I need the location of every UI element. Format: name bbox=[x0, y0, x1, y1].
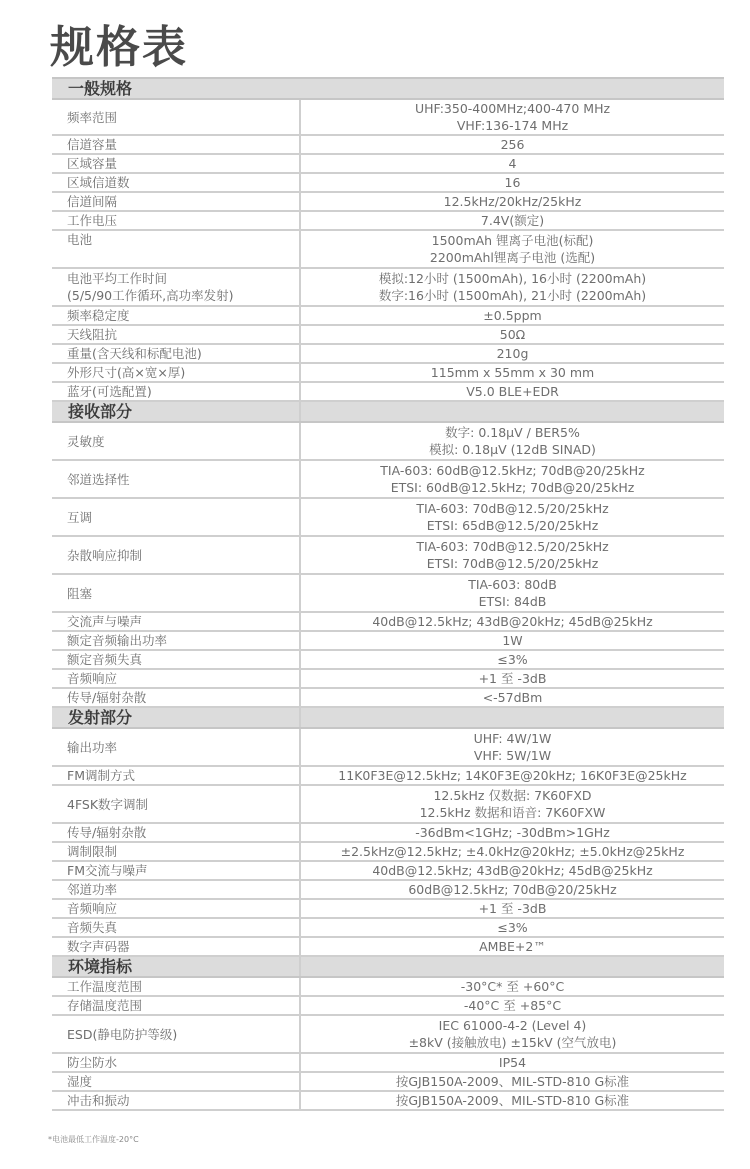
spec-value: 按GJB150A-2009、MIL-STD-810 G标准 bbox=[300, 1072, 724, 1091]
spec-row: 交流声与噪声40dB@12.5kHz; 43dB@20kHz; 45dB@25k… bbox=[52, 612, 724, 631]
spec-label-line: 信道间隔 bbox=[67, 193, 299, 210]
spec-label: 冲击和振动 bbox=[52, 1091, 300, 1110]
spec-value-line: 11K0F3E@12.5kHz; 14K0F3E@20kHz; 16K0F3E@… bbox=[301, 767, 724, 784]
spec-row: 信道容量256 bbox=[52, 135, 724, 154]
spec-value: -40°C 至 +85°C bbox=[300, 996, 724, 1015]
spec-label: 信道容量 bbox=[52, 135, 300, 154]
spec-label: 频率范围 bbox=[52, 99, 300, 135]
spec-value: 40dB@12.5kHz; 43dB@20kHz; 45dB@25kHz bbox=[300, 612, 724, 631]
spec-value-line: AMBE+2™ bbox=[301, 938, 724, 955]
spec-row: 互调TIA-603: 70dB@12.5/20/25kHzETSI: 65dB@… bbox=[52, 498, 724, 536]
spec-label-line: 电池 bbox=[67, 231, 299, 248]
spec-label: ESD(静电防护等级) bbox=[52, 1015, 300, 1053]
spec-value-line: ±2.5kHz@12.5kHz; ±4.0kHz@20kHz; ±5.0kHz@… bbox=[301, 843, 724, 860]
spec-value-line: 40dB@12.5kHz; 43dB@20kHz; 45dB@25kHz bbox=[301, 613, 724, 630]
spec-value: 11K0F3E@12.5kHz; 14K0F3E@20kHz; 16K0F3E@… bbox=[300, 766, 724, 785]
spec-row: ESD(静电防护等级)IEC 61000-4-2 (Level 4)±8kV (… bbox=[52, 1015, 724, 1053]
spec-value-line: IEC 61000-4-2 (Level 4) bbox=[301, 1017, 724, 1034]
spec-label: 区域信道数 bbox=[52, 173, 300, 192]
spec-label-line: 邻道功率 bbox=[67, 881, 299, 898]
spec-value: IP54 bbox=[300, 1053, 724, 1072]
spec-label: 音频响应 bbox=[52, 899, 300, 918]
spec-label-line: 4FSK数字调制 bbox=[67, 796, 299, 813]
spec-label: 杂散响应抑制 bbox=[52, 536, 300, 574]
footnote: *电池最低工作温度-20°C bbox=[48, 1134, 139, 1145]
spec-value-line: VHF:136-174 MHz bbox=[301, 117, 724, 134]
spec-value-line: 12.5kHz/20kHz/25kHz bbox=[301, 193, 724, 210]
spec-row: 区域容量4 bbox=[52, 154, 724, 173]
spec-label: 音频响应 bbox=[52, 669, 300, 688]
spec-value-line: TIA-603: 80dB bbox=[301, 576, 724, 593]
spec-row: 额定音频失真≤3% bbox=[52, 650, 724, 669]
spec-label-line: 信道容量 bbox=[67, 136, 299, 153]
spec-label-line: ESD(静电防护等级) bbox=[67, 1026, 299, 1043]
spec-label: 调制限制 bbox=[52, 842, 300, 861]
spec-label-line: 工作电压 bbox=[67, 212, 299, 229]
spec-value-line: 7.4V(额定) bbox=[301, 212, 724, 229]
spec-value-line: -36dBm<1GHz; -30dBm>1GHz bbox=[301, 824, 724, 841]
spec-value-line: TIA-603: 70dB@12.5/20/25kHz bbox=[301, 538, 724, 555]
spec-label: 额定音频失真 bbox=[52, 650, 300, 669]
spec-row: 音频响应+1 至 -3dB bbox=[52, 669, 724, 688]
spec-label: 电池平均工作时间(5/5/90工作循环,高功率发射) bbox=[52, 268, 300, 306]
spec-value-line: ETSI: 70dB@12.5/20/25kHz bbox=[301, 555, 724, 572]
spec-label-line: 区域信道数 bbox=[67, 174, 299, 191]
spec-value-line: +1 至 -3dB bbox=[301, 900, 724, 917]
spec-label-line: 传导/辐射杂散 bbox=[67, 824, 299, 841]
page-title: 规格表 bbox=[50, 22, 188, 74]
spec-value: 115mm x 55mm x 30 mm bbox=[300, 363, 724, 382]
spec-label-line: 灵敏度 bbox=[67, 433, 299, 450]
spec-value: -30°C* 至 +60°C bbox=[300, 977, 724, 996]
spec-label-line: FM调制方式 bbox=[67, 767, 299, 784]
spec-label: 蓝牙(可选配置) bbox=[52, 382, 300, 401]
spec-row: 外形尺寸(高×宽×厚)115mm x 55mm x 30 mm bbox=[52, 363, 724, 382]
spec-label: 工作温度范围 bbox=[52, 977, 300, 996]
spec-value-line: 12.5kHz 仅数据: 7K60FXD bbox=[301, 787, 724, 804]
spec-value: 7.4V(额定) bbox=[300, 211, 724, 230]
spec-row: 频率稳定度±0.5ppm bbox=[52, 306, 724, 325]
spec-value-line: 模拟:12小时 (1500mAh), 16小时 (2200mAh) bbox=[301, 270, 724, 287]
spec-label-line: 交流声与噪声 bbox=[67, 613, 299, 630]
spec-label-line: FM交流与噪声 bbox=[67, 862, 299, 879]
spec-label: 信道间隔 bbox=[52, 192, 300, 211]
section-title: 一般规格 bbox=[52, 78, 300, 99]
spec-value: ±2.5kHz@12.5kHz; ±4.0kHz@20kHz; ±5.0kHz@… bbox=[300, 842, 724, 861]
spec-label-line: 阻塞 bbox=[67, 585, 299, 602]
spec-row: 区域信道数16 bbox=[52, 173, 724, 192]
spec-label-line: 额定音频输出功率 bbox=[67, 632, 299, 649]
spec-label-line: 冲击和振动 bbox=[67, 1092, 299, 1109]
spec-value: 4 bbox=[300, 154, 724, 173]
spec-value: 模拟:12小时 (1500mAh), 16小时 (2200mAh)数字:16小时… bbox=[300, 268, 724, 306]
spec-row: 信道间隔12.5kHz/20kHz/25kHz bbox=[52, 192, 724, 211]
spec-value-line: UHF:350-400MHz;400-470 MHz bbox=[301, 100, 724, 117]
section-header: 环境指标 bbox=[52, 956, 724, 977]
spec-value-line: -40°C 至 +85°C bbox=[301, 997, 724, 1014]
spec-row: 4FSK数字调制12.5kHz 仅数据: 7K60FXD12.5kHz 数据和语… bbox=[52, 785, 724, 823]
spec-value: UHF: 4W/1WVHF: 5W/1W bbox=[300, 728, 724, 766]
spec-label: FM交流与噪声 bbox=[52, 861, 300, 880]
spec-label-line: (5/5/90工作循环,高功率发射) bbox=[67, 287, 299, 304]
spec-value-line: ±0.5ppm bbox=[301, 307, 724, 324]
section-header-blank bbox=[300, 707, 724, 728]
spec-row: 额定音频输出功率1W bbox=[52, 631, 724, 650]
spec-row: 输出功率UHF: 4W/1WVHF: 5W/1W bbox=[52, 728, 724, 766]
spec-value-line: 16 bbox=[301, 174, 724, 191]
spec-value: 210g bbox=[300, 344, 724, 363]
spec-row: 传导/辐射杂散<-57dBm bbox=[52, 688, 724, 707]
spec-row: 电池平均工作时间(5/5/90工作循环,高功率发射)模拟:12小时 (1500m… bbox=[52, 268, 724, 306]
spec-row: 传导/辐射杂散-36dBm<1GHz; -30dBm>1GHz bbox=[52, 823, 724, 842]
spec-row: 重量(含天线和标配电池)210g bbox=[52, 344, 724, 363]
spec-label: 阻塞 bbox=[52, 574, 300, 612]
spec-label: 频率稳定度 bbox=[52, 306, 300, 325]
spec-value-line: TIA-603: 60dB@12.5kHz; 70dB@20/25kHz bbox=[301, 462, 724, 479]
spec-value: TIA-603: 70dB@12.5/20/25kHzETSI: 70dB@12… bbox=[300, 536, 724, 574]
spec-table: 一般规格频率范围UHF:350-400MHz;400-470 MHzVHF:13… bbox=[52, 77, 724, 1111]
spec-row: 天线阻抗50Ω bbox=[52, 325, 724, 344]
spec-value: AMBE+2™ bbox=[300, 937, 724, 956]
spec-value-line: ≤3% bbox=[301, 651, 724, 668]
spec-value-line: 数字: 0.18μV / BER5% bbox=[301, 424, 724, 441]
spec-value: <-57dBm bbox=[300, 688, 724, 707]
spec-value-line: 按GJB150A-2009、MIL-STD-810 G标准 bbox=[301, 1073, 724, 1090]
section-header: 发射部分 bbox=[52, 707, 724, 728]
spec-label: 传导/辐射杂散 bbox=[52, 688, 300, 707]
spec-label-line: 额定音频失真 bbox=[67, 651, 299, 668]
spec-label: 数字声码器 bbox=[52, 937, 300, 956]
spec-label-line: 音频响应 bbox=[67, 900, 299, 917]
spec-value: UHF:350-400MHz;400-470 MHzVHF:136-174 MH… bbox=[300, 99, 724, 135]
spec-value-line: ETSI: 60dB@12.5kHz; 70dB@20/25kHz bbox=[301, 479, 724, 496]
spec-label: 音频失真 bbox=[52, 918, 300, 937]
spec-value: ≤3% bbox=[300, 650, 724, 669]
spec-value: IEC 61000-4-2 (Level 4)±8kV (接触放电) ±15kV… bbox=[300, 1015, 724, 1053]
spec-value-line: +1 至 -3dB bbox=[301, 670, 724, 687]
spec-value-line: 4 bbox=[301, 155, 724, 172]
spec-value-line: UHF: 4W/1W bbox=[301, 730, 724, 747]
spec-row: 音频响应+1 至 -3dB bbox=[52, 899, 724, 918]
spec-value: +1 至 -3dB bbox=[300, 899, 724, 918]
spec-value: 数字: 0.18μV / BER5%模拟: 0.18μV (12dB SINAD… bbox=[300, 422, 724, 460]
spec-value-line: 50Ω bbox=[301, 326, 724, 343]
spec-row: 音频失真≤3% bbox=[52, 918, 724, 937]
spec-label-line: 外形尺寸(高×宽×厚) bbox=[67, 364, 299, 381]
spec-value: 256 bbox=[300, 135, 724, 154]
spec-row: 频率范围UHF:350-400MHz;400-470 MHzVHF:136-17… bbox=[52, 99, 724, 135]
spec-value-line: IP54 bbox=[301, 1054, 724, 1071]
spec-row: 邻道功率60dB@12.5kHz; 70dB@20/25kHz bbox=[52, 880, 724, 899]
spec-label-line: 电池平均工作时间 bbox=[67, 270, 299, 287]
spec-row: 灵敏度数字: 0.18μV / BER5%模拟: 0.18μV (12dB SI… bbox=[52, 422, 724, 460]
spec-label-line: 频率稳定度 bbox=[67, 307, 299, 324]
spec-value: 12.5kHz/20kHz/25kHz bbox=[300, 192, 724, 211]
spec-label-line: 调制限制 bbox=[67, 843, 299, 860]
spec-value-line: <-57dBm bbox=[301, 689, 724, 706]
spec-label-line: 邻道选择性 bbox=[67, 471, 299, 488]
spec-row: 阻塞TIA-603: 80dBETSI: 84dB bbox=[52, 574, 724, 612]
spec-value-line: 数字:16小时 (1500mAh), 21小时 (2200mAh) bbox=[301, 287, 724, 304]
spec-value-line: ETSI: 84dB bbox=[301, 593, 724, 610]
spec-label: 输出功率 bbox=[52, 728, 300, 766]
spec-value-line: ±8kV (接触放电) ±15kV (空气放电) bbox=[301, 1034, 724, 1051]
spec-label: 传导/辐射杂散 bbox=[52, 823, 300, 842]
spec-value-line: 1W bbox=[301, 632, 724, 649]
spec-value-line: 模拟: 0.18μV (12dB SINAD) bbox=[301, 441, 724, 458]
spec-value: 12.5kHz 仅数据: 7K60FXD12.5kHz 数据和语音: 7K60F… bbox=[300, 785, 724, 823]
spec-row: 冲击和振动按GJB150A-2009、MIL-STD-810 G标准 bbox=[52, 1091, 724, 1110]
spec-row: 工作电压7.4V(额定) bbox=[52, 211, 724, 230]
spec-row: 存储温度范围-40°C 至 +85°C bbox=[52, 996, 724, 1015]
spec-value: 1500mAh 锂离子电池(标配)2200mAhl锂离子电池 (选配) bbox=[300, 230, 724, 268]
section-header-blank bbox=[300, 401, 724, 422]
spec-label: 重量(含天线和标配电池) bbox=[52, 344, 300, 363]
section-header: 一般规格 bbox=[52, 78, 724, 99]
spec-value-line: 2200mAhl锂离子电池 (选配) bbox=[301, 249, 724, 266]
spec-label-line: 频率范围 bbox=[67, 109, 299, 126]
spec-value-line: 210g bbox=[301, 345, 724, 362]
spec-label-line: 互调 bbox=[67, 509, 299, 526]
spec-value: 60dB@12.5kHz; 70dB@20/25kHz bbox=[300, 880, 724, 899]
spec-value: ≤3% bbox=[300, 918, 724, 937]
spec-value-line: 256 bbox=[301, 136, 724, 153]
spec-label: 工作电压 bbox=[52, 211, 300, 230]
spec-value-line: ≤3% bbox=[301, 919, 724, 936]
spec-label: 额定音频输出功率 bbox=[52, 631, 300, 650]
spec-value: V5.0 BLE+EDR bbox=[300, 382, 724, 401]
spec-value: +1 至 -3dB bbox=[300, 669, 724, 688]
spec-value: TIA-603: 80dBETSI: 84dB bbox=[300, 574, 724, 612]
spec-row: 数字声码器AMBE+2™ bbox=[52, 937, 724, 956]
spec-row: 电池1500mAh 锂离子电池(标配)2200mAhl锂离子电池 (选配) bbox=[52, 230, 724, 268]
spec-row: 邻道选择性TIA-603: 60dB@12.5kHz; 70dB@20/25kH… bbox=[52, 460, 724, 498]
spec-label: 灵敏度 bbox=[52, 422, 300, 460]
spec-value: 16 bbox=[300, 173, 724, 192]
spec-row: 防尘防水IP54 bbox=[52, 1053, 724, 1072]
spec-row: 蓝牙(可选配置)V5.0 BLE+EDR bbox=[52, 382, 724, 401]
spec-value-line: 按GJB150A-2009、MIL-STD-810 G标准 bbox=[301, 1092, 724, 1109]
spec-row: 湿度按GJB150A-2009、MIL-STD-810 G标准 bbox=[52, 1072, 724, 1091]
spec-value-line: 115mm x 55mm x 30 mm bbox=[301, 364, 724, 381]
spec-value: -36dBm<1GHz; -30dBm>1GHz bbox=[300, 823, 724, 842]
spec-value-line: 40dB@12.5kHz; 43dB@20kHz; 45dB@25kHz bbox=[301, 862, 724, 879]
spec-value-line: V5.0 BLE+EDR bbox=[301, 383, 724, 400]
spec-label-line: 重量(含天线和标配电池) bbox=[67, 345, 299, 362]
spec-label-line: 输出功率 bbox=[67, 739, 299, 756]
spec-label-line: 数字声码器 bbox=[67, 938, 299, 955]
spec-label-line: 工作温度范围 bbox=[67, 978, 299, 995]
section-header-blank bbox=[300, 956, 724, 977]
spec-label: 电池 bbox=[52, 230, 300, 268]
spec-label: 湿度 bbox=[52, 1072, 300, 1091]
spec-label: 天线阻抗 bbox=[52, 325, 300, 344]
spec-value: 按GJB150A-2009、MIL-STD-810 G标准 bbox=[300, 1091, 724, 1110]
spec-label: 防尘防水 bbox=[52, 1053, 300, 1072]
spec-label-line: 音频响应 bbox=[67, 670, 299, 687]
spec-label-line: 天线阻抗 bbox=[67, 326, 299, 343]
spec-label-line: 区域容量 bbox=[67, 155, 299, 172]
spec-row: 杂散响应抑制TIA-603: 70dB@12.5/20/25kHzETSI: 7… bbox=[52, 536, 724, 574]
spec-value-line: -30°C* 至 +60°C bbox=[301, 978, 724, 995]
spec-value-line: VHF: 5W/1W bbox=[301, 747, 724, 764]
section-title: 发射部分 bbox=[52, 707, 300, 728]
spec-value-line: 12.5kHz 数据和语音: 7K60FXW bbox=[301, 804, 724, 821]
spec-label: 4FSK数字调制 bbox=[52, 785, 300, 823]
spec-value-line: TIA-603: 70dB@12.5/20/25kHz bbox=[301, 500, 724, 517]
spec-value-line: ETSI: 65dB@12.5/20/25kHz bbox=[301, 517, 724, 534]
spec-label: 存储温度范围 bbox=[52, 996, 300, 1015]
spec-row: 工作温度范围-30°C* 至 +60°C bbox=[52, 977, 724, 996]
spec-label: 外形尺寸(高×宽×厚) bbox=[52, 363, 300, 382]
spec-label: FM调制方式 bbox=[52, 766, 300, 785]
spec-value: 1W bbox=[300, 631, 724, 650]
spec-label: 交流声与噪声 bbox=[52, 612, 300, 631]
spec-label-line: 蓝牙(可选配置) bbox=[67, 383, 299, 400]
section-title: 接收部分 bbox=[52, 401, 300, 422]
spec-label: 邻道选择性 bbox=[52, 460, 300, 498]
spec-label-line: 湿度 bbox=[67, 1073, 299, 1090]
spec-row: 调制限制±2.5kHz@12.5kHz; ±4.0kHz@20kHz; ±5.0… bbox=[52, 842, 724, 861]
spec-value-line: 60dB@12.5kHz; 70dB@20/25kHz bbox=[301, 881, 724, 898]
spec-label-line: 防尘防水 bbox=[67, 1054, 299, 1071]
spec-label-line: 存储温度范围 bbox=[67, 997, 299, 1014]
spec-value: TIA-603: 60dB@12.5kHz; 70dB@20/25kHzETSI… bbox=[300, 460, 724, 498]
spec-row: FM交流与噪声40dB@12.5kHz; 43dB@20kHz; 45dB@25… bbox=[52, 861, 724, 880]
section-header: 接收部分 bbox=[52, 401, 724, 422]
section-header-blank bbox=[300, 78, 724, 99]
spec-label-line: 杂散响应抑制 bbox=[67, 547, 299, 564]
section-title: 环境指标 bbox=[52, 956, 300, 977]
spec-label-line: 传导/辐射杂散 bbox=[67, 689, 299, 706]
spec-value-line: 1500mAh 锂离子电池(标配) bbox=[301, 232, 724, 249]
spec-row: FM调制方式11K0F3E@12.5kHz; 14K0F3E@20kHz; 16… bbox=[52, 766, 724, 785]
spec-value: TIA-603: 70dB@12.5/20/25kHzETSI: 65dB@12… bbox=[300, 498, 724, 536]
spec-label: 区域容量 bbox=[52, 154, 300, 173]
spec-label: 邻道功率 bbox=[52, 880, 300, 899]
spec-label: 互调 bbox=[52, 498, 300, 536]
spec-value: 40dB@12.5kHz; 43dB@20kHz; 45dB@25kHz bbox=[300, 861, 724, 880]
spec-value: ±0.5ppm bbox=[300, 306, 724, 325]
spec-value: 50Ω bbox=[300, 325, 724, 344]
spec-label-line: 音频失真 bbox=[67, 919, 299, 936]
